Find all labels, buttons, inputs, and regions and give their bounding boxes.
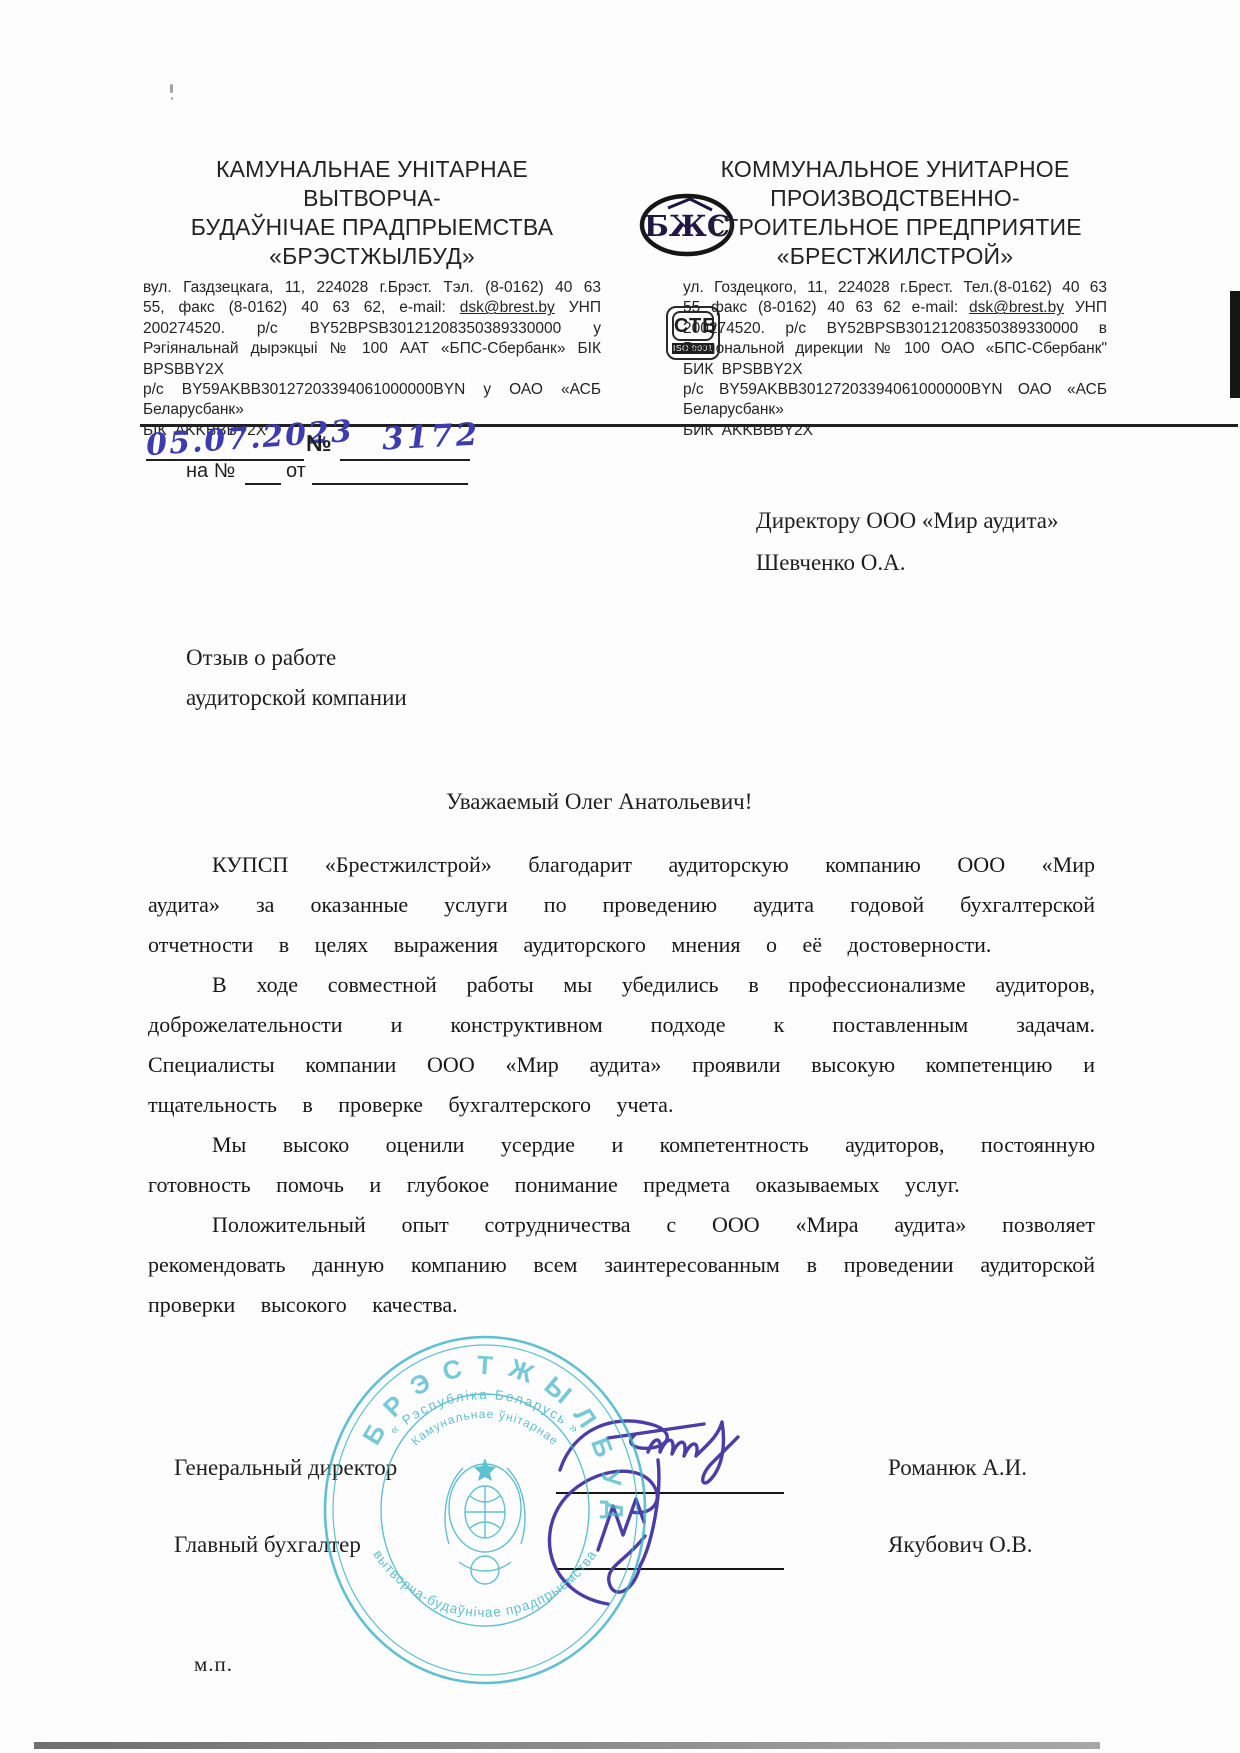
- email-link: dsk@brest.by: [460, 299, 555, 316]
- seal-place-label: м.п.: [194, 1652, 233, 1677]
- signer-name-accountant: Якубович О.В.: [888, 1532, 1033, 1558]
- company-account-be: р/с BY59AKBB30127203394061000000BYN у ОА…: [143, 380, 601, 421]
- body-paragraph: В ходе совместной работы мы убедились в …: [148, 965, 1095, 1125]
- scan-artifact-bar: [1230, 291, 1240, 398]
- reply-date-underline: [312, 483, 468, 485]
- company-name-be-line: «БРЭСТЖЫЛБУД»: [143, 242, 601, 271]
- email-link: dsk@brest.by: [969, 299, 1064, 316]
- signer-name-director: Романюк А.И.: [888, 1455, 1027, 1481]
- body-paragraph: Положительный опыт сотрудничества с ООО …: [148, 1205, 1095, 1325]
- company-name-be-line: ВЫТВОРЧА-: [143, 184, 601, 213]
- number-underline: [340, 459, 470, 461]
- company-round-stamp: « Рэспубліка Беларусь » вытворча-будаўні…: [314, 1326, 656, 1694]
- salutation: Уважаемый Олег Анатольевич!: [446, 789, 752, 815]
- company-name-ru: КОММУНАЛЬНОЕ УНИТАРНОЕ ПРОИЗВОДСТВЕННО- …: [683, 155, 1107, 271]
- letterhead-right-column: КОММУНАЛЬНОЕ УНИТАРНОЕ ПРОИЗВОДСТВЕННО- …: [683, 155, 1107, 441]
- reply-number-underline: [245, 483, 281, 485]
- letter-body: КУПСП «Брестжилстрой» благодарит аудитор…: [148, 845, 1095, 1325]
- addressee-position: Директору ООО «Мир аудита»: [756, 500, 1059, 542]
- number-sign-label: №: [306, 430, 332, 457]
- reply-to-number-label: на №: [186, 460, 235, 483]
- company-name-ru-line: ПРОИЗВОДСТВЕННО-: [683, 184, 1107, 213]
- company-account-ru: р/с BY59AKBB30127203394061000000BYN ОАО …: [683, 380, 1107, 421]
- company-name-be-line: БУДАЎНІЧАЕ ПРАДПРЫЕМСТВА: [143, 213, 601, 242]
- body-paragraph: Мы высоко оценили усердие и компетентнос…: [148, 1125, 1095, 1205]
- company-name-ru-line: «БРЕСТЖИЛСТРОЙ»: [683, 242, 1107, 271]
- scanned-letter-page: КАМУНАЛЬНАЕ УНІТАРНАЕ ВЫТВОРЧА- БУДАЎНІЧ…: [0, 0, 1240, 1753]
- body-paragraph: КУПСП «Брестжилстрой» благодарит аудитор…: [148, 845, 1095, 965]
- scan-artifact-bar: [34, 1742, 1100, 1749]
- scan-artifact-speck: [171, 97, 173, 100]
- stamp-emblem: [445, 1458, 525, 1584]
- company-name-ru-line: СТРОИТЕЛЬНОЕ ПРЕДПРИЯТИЕ: [683, 213, 1107, 242]
- subject-block: Отзыв о работе аудиторской компании: [186, 638, 407, 718]
- company-details-ru: ул. Гоздецкого, 11, 224028 г.Брест. Тел.…: [683, 278, 1107, 441]
- addressee-name: Шевченко О.А.: [756, 542, 1059, 584]
- scan-artifact-speck: [170, 84, 173, 93]
- subject-line: аудиторской компании: [186, 678, 407, 718]
- addressee-block: Директору ООО «Мир аудита» Шевченко О.А.: [756, 500, 1059, 584]
- company-name-be: КАМУНАЛЬНАЕ УНІТАРНАЕ ВЫТВОРЧА- БУДАЎНІЧ…: [143, 155, 601, 271]
- company-name-ru-line: КОММУНАЛЬНОЕ УНИТАРНОЕ: [683, 155, 1107, 184]
- handwritten-outgoing-number: 3172: [381, 416, 481, 457]
- subject-line: Отзыв о работе: [186, 638, 407, 678]
- reply-from-label: от: [286, 460, 306, 483]
- company-name-be-line: КАМУНАЛЬНАЕ УНІТАРНАЕ: [143, 155, 601, 184]
- company-details-be: вул. Газдзецкага, 11, 224028 г.Брэст. Тэ…: [143, 278, 601, 441]
- letterhead-left-column: КАМУНАЛЬНАЕ УНІТАРНАЕ ВЫТВОРЧА- БУДАЎНІЧ…: [143, 155, 601, 441]
